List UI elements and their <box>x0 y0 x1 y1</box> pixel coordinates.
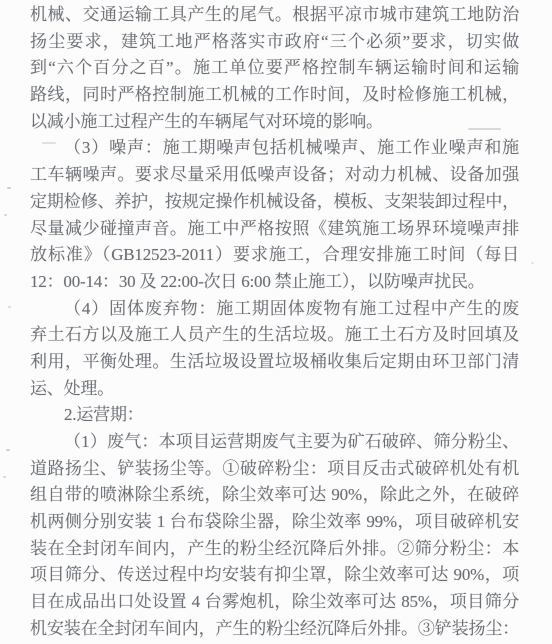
text-line: 运、处理。 <box>30 376 519 403</box>
text-line: 尽量减少碰撞声音。施工中严格按照《建筑施工场界环境噪声排 <box>30 216 519 243</box>
text-line: （3）噪声：施工期噪声包括机械噪声、施工作业噪声和施 <box>30 135 519 162</box>
text-line: 到“六个百分之百”。施工单位要严格控制车辆运输时间和运输 <box>30 55 519 82</box>
text-line: 利用，平衡处理。生活垃圾设置垃圾桶收集后定期由环卫部门清 <box>30 349 519 376</box>
text-line: 2.运营期： <box>30 402 519 429</box>
text-line: 装在全封闭车间内，产生的粉尘经沉降后外排。②筛分粉尘：本 <box>30 536 519 563</box>
text-line: 项目筛分、传送过程中均安装有抑尘罩，除尘效率可达 90%，项 <box>30 562 519 589</box>
scan-artifact-speck <box>531 262 534 264</box>
text-line: 道路扬尘、铲装扬尘等。①破碎粉尘：项目反击式破碎机处有机 <box>30 456 519 483</box>
scanned-document-page: 机械、交通运输工具产生的尾气。根据平凉市城市建筑工地防治扬尘要求，建筑工地严格落… <box>0 0 552 644</box>
scan-artifact-speck <box>7 187 11 189</box>
text-line: 放标准》（GB12523-2011）要求施工，合理安排施工时间（每日 <box>30 242 519 269</box>
text-line: 机两侧分别安装 1 台布袋除尘器，除尘效率 99%，项目破碎机安 <box>30 509 519 536</box>
text-line: （1）废气：本项目运营期废气主要为矿石破碎、筛分粉尘、 <box>30 429 519 456</box>
scan-artifact-speck <box>6 449 10 451</box>
text-line: 12：00-14：30 及 22:00-次日 6:00 禁止施工），以防噪声扰民… <box>30 269 519 296</box>
document-text-block: 机械、交通运输工具产生的尾气。根据平凉市城市建筑工地防治扬尘要求，建筑工地严格落… <box>30 2 519 643</box>
text-line: 机械、交通运输工具产生的尾气。根据平凉市城市建筑工地防治 <box>30 2 519 29</box>
text-line: 机安装在全封闭车间内，产生的粉尘经沉降后外排。③铲装扬尘： <box>30 616 519 643</box>
text-line: 定期检修、养护，按规定操作机械设备，模板、支架装卸过程中， <box>30 189 519 216</box>
text-line: 路线，同时严格控制施工机械的工作时间，及时检修施工机械， <box>30 82 519 109</box>
scan-artifact-dash <box>468 128 501 130</box>
text-line: 工车辆噪声。要求尽量采用低噪声设备；对动力机械、设备加强 <box>30 162 519 189</box>
scan-artifact-dash <box>42 142 56 144</box>
text-line: 扬尘要求，建筑工地严格落实市政府“三个必须”要求，切实做 <box>30 29 519 56</box>
text-line: 组自带的喷淋除尘系统，除尘效率可达 90%，除此之外，在破碎 <box>30 482 519 509</box>
text-line: 目在成品出口处设置 4 台雾炮机，除尘效率可达 85%，项目筛分 <box>30 589 519 616</box>
text-line: （4）固体废弃物：施工期固体废物有施工过程中产生的废 <box>30 296 519 323</box>
scan-artifact-speck <box>8 306 11 308</box>
scan-artifact-speck <box>4 214 7 216</box>
text-line: 弃土石方以及施工人员产生的生活垃圾。施工土石方及时回填及 <box>30 322 519 349</box>
text-line: 以减小施工过程产生的车辆尾气对环境的影响。 <box>30 109 519 136</box>
scan-artifact-speck <box>3 476 6 478</box>
